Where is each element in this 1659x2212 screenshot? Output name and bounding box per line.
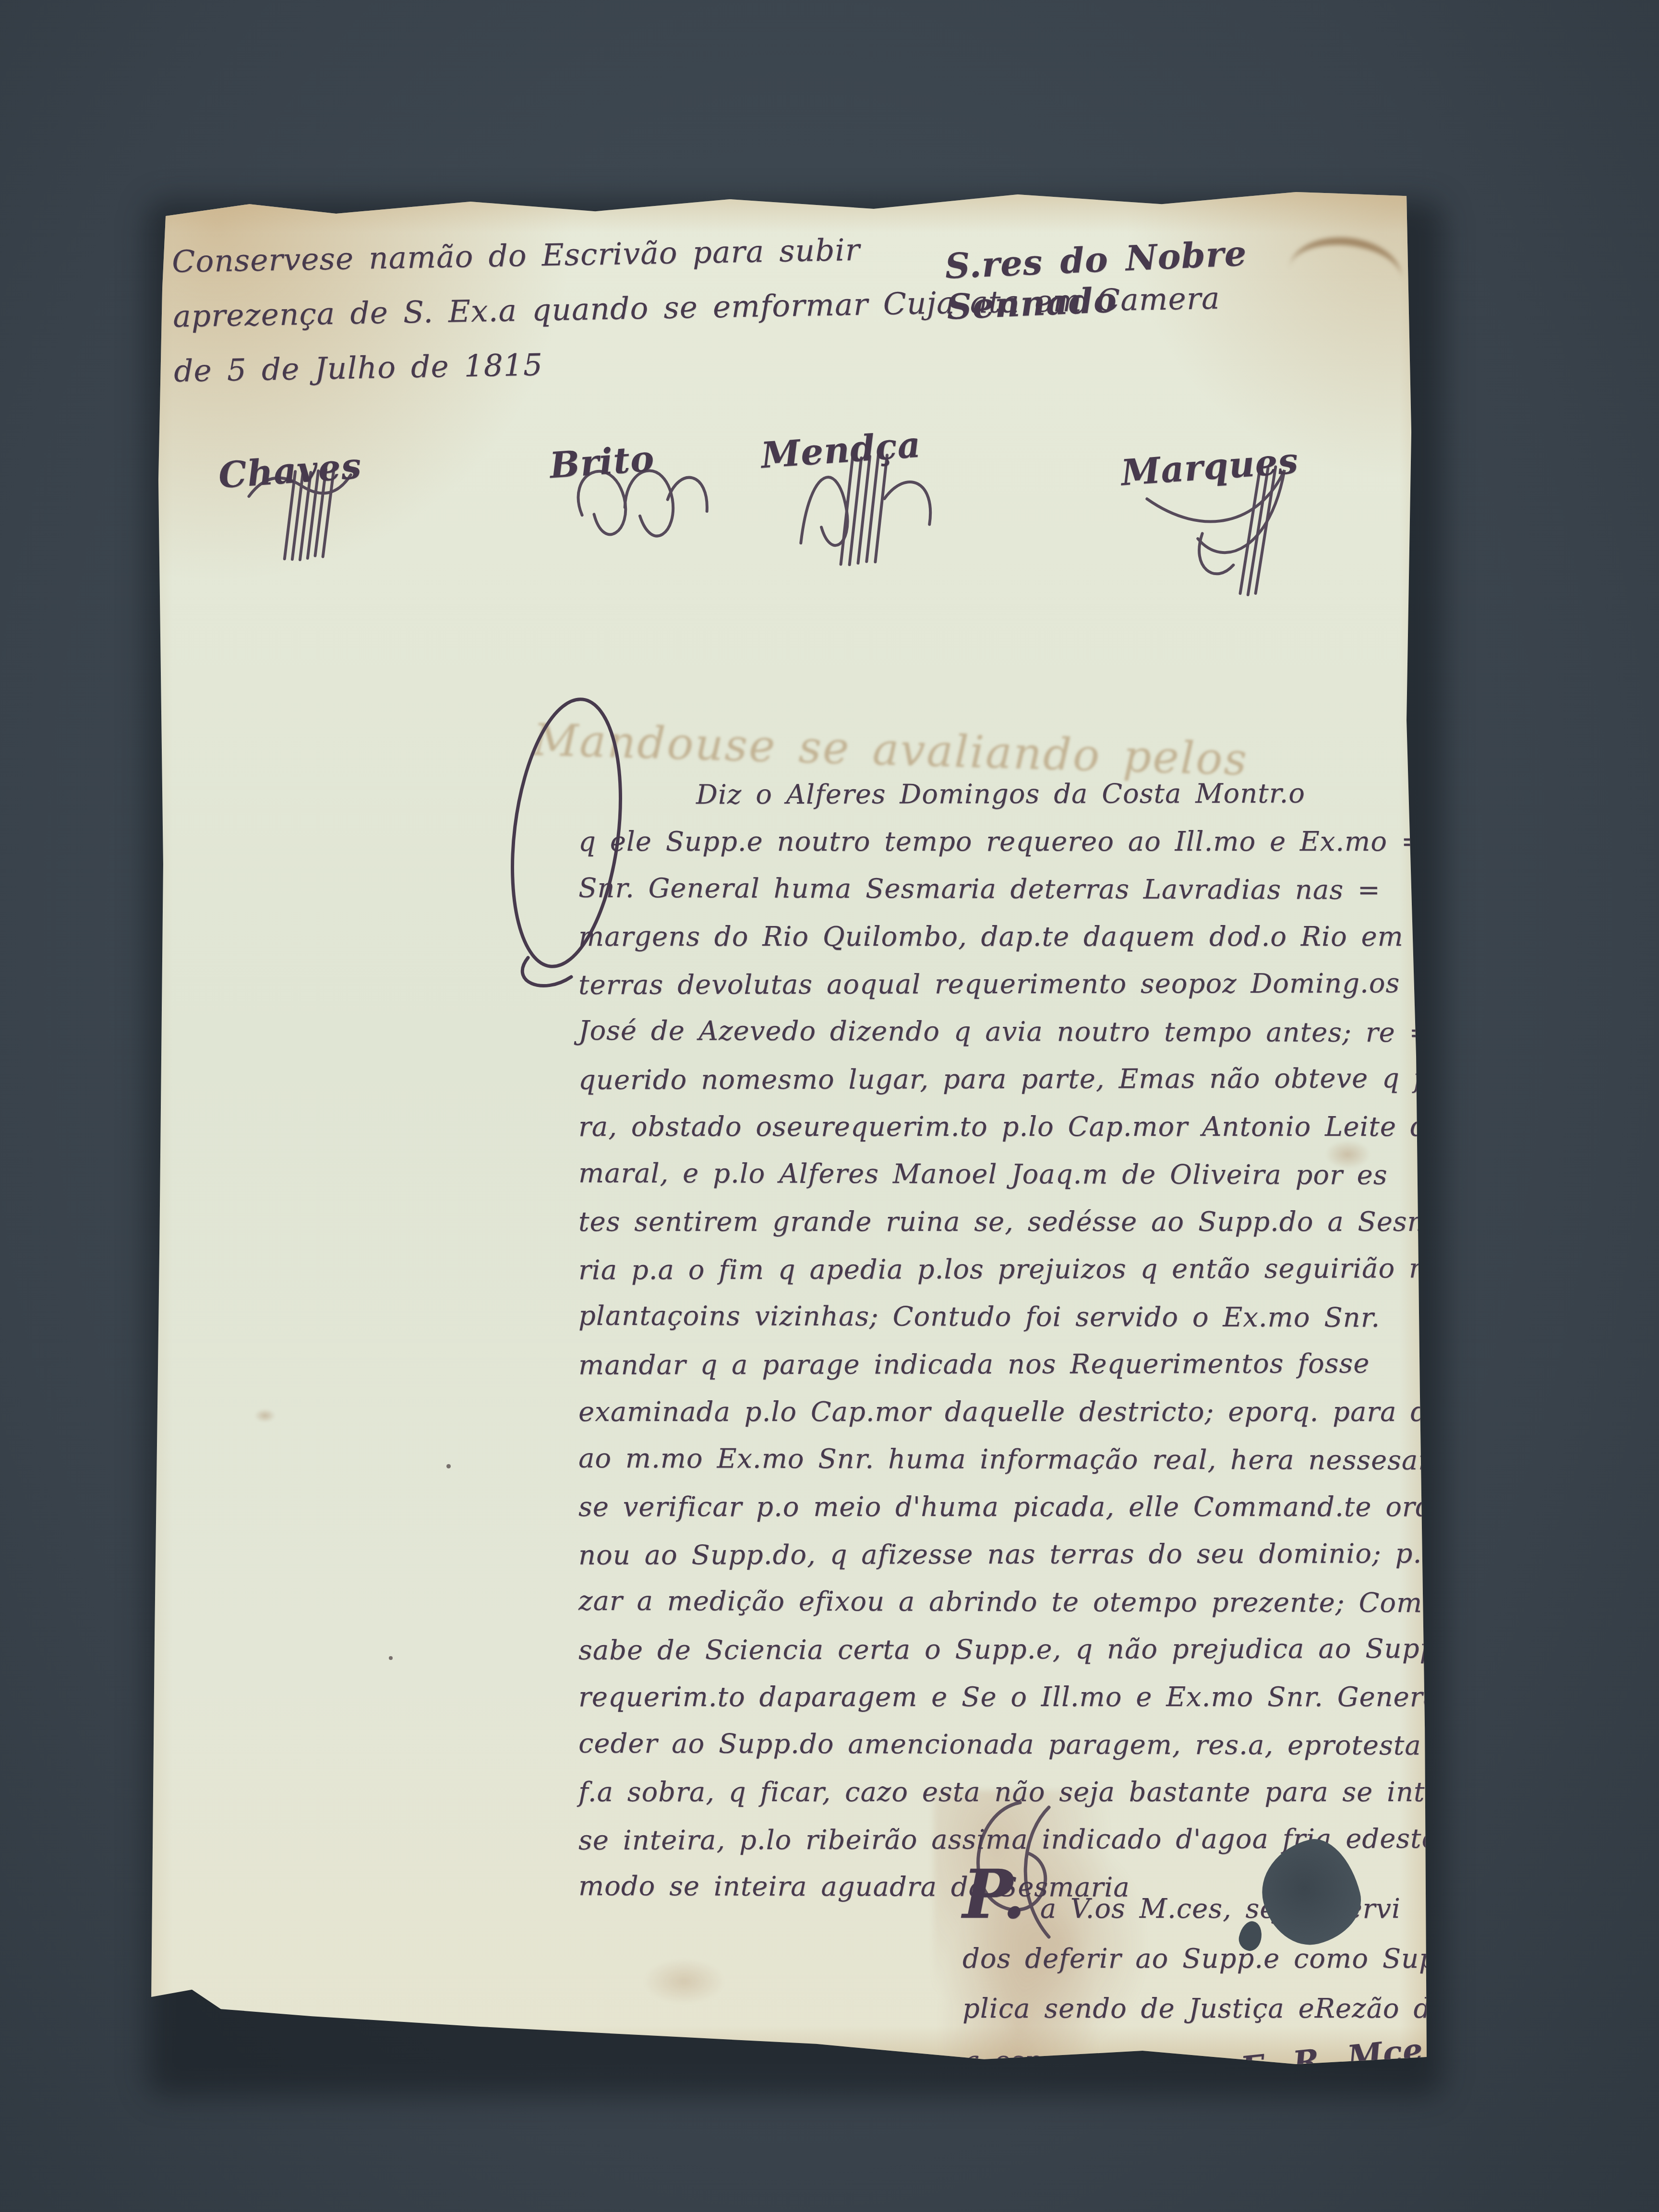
photographed-manuscript-scene: Conservese namão do Escrivão para subir … bbox=[0, 0, 1659, 2212]
closing-p-flourish-icon bbox=[948, 1793, 1111, 1951]
ink-speck bbox=[389, 1656, 393, 1660]
petition-line: Diz o Alferes Domingos da Costa Montr.o bbox=[578, 769, 1438, 819]
petition-line: se verificar p.o meio d'huma picada, ell… bbox=[578, 1483, 1438, 1531]
signature-brito: Brito bbox=[548, 438, 656, 486]
petition-line: margens do Rio Quilombo, dap.te daquem d… bbox=[578, 913, 1438, 961]
petition-line: examinada p.lo Cap.mor daquelle destrict… bbox=[578, 1388, 1438, 1436]
closing-line: plica sendo de Justiça eRezão de bbox=[962, 1984, 1423, 2034]
petition-line: ceder ao Supp.do amencionada paragem, re… bbox=[578, 1720, 1438, 1769]
signature-flourish-icon bbox=[237, 460, 359, 569]
foxing-spot bbox=[254, 1409, 276, 1422]
signature-chaves: Chaves bbox=[217, 445, 363, 497]
petition-line: sabe de Sciencia certa o Supp.e, q não p… bbox=[578, 1625, 1438, 1674]
petition-line: q ele Supp.e noutro tempo requereo ao Il… bbox=[578, 818, 1438, 866]
signature-mendca: Mendça bbox=[759, 424, 922, 476]
petition-line: zar a medição efixou a abrindo te otempo… bbox=[578, 1577, 1438, 1627]
petition-body: Diz o Alferes Domingos da Costa Montr.oq… bbox=[578, 770, 1438, 1911]
petition-line: maral, e p.lo Alferes Manoel Joaq.m de O… bbox=[578, 1150, 1438, 1199]
petition-line: mandar q a parage indicada nos Requerime… bbox=[578, 1340, 1438, 1389]
petition-line: Snr. General huma Sesmaria deterras Lavr… bbox=[578, 865, 1438, 914]
petition-line: nou ao Supp.do, q afizesse nas terras do… bbox=[578, 1530, 1438, 1579]
petition-line: tes sentirem grande ruina se, sedésse ao… bbox=[578, 1198, 1438, 1246]
petition-line: terras devolutas aoqual requerimento seo… bbox=[578, 960, 1438, 1009]
signature-flourish-icon bbox=[1140, 454, 1312, 609]
ink-speck bbox=[446, 1464, 451, 1468]
petition-line: ria p.a o fim q apedia p.los prejuizos q… bbox=[578, 1245, 1438, 1294]
petition-line: plantaçoins vizinhas; Contudo foi servid… bbox=[578, 1292, 1438, 1342]
foxing-spot bbox=[643, 1959, 725, 2004]
signature-flourish-icon bbox=[780, 437, 946, 573]
petition-line: querido nomesmo lugar, para parte, Emas … bbox=[578, 1055, 1438, 1104]
manuscript-sheet: Conservese namão do Escrivão para subir … bbox=[139, 187, 1435, 2083]
signature-marques: Marques bbox=[1119, 440, 1299, 494]
petition-line: requerim.to daparagem e Se o Ill.mo e Ex… bbox=[578, 1673, 1438, 1721]
petition-line: José de Azevedo dizendo q avia noutro te… bbox=[578, 1007, 1438, 1057]
petition-line: ra, obstado oseurequerim.to p.lo Cap.mor… bbox=[578, 1103, 1438, 1151]
signature-flourish-icon bbox=[568, 448, 720, 568]
petition-line: ao m.mo Ex.mo Snr. huma informação real,… bbox=[578, 1435, 1438, 1484]
